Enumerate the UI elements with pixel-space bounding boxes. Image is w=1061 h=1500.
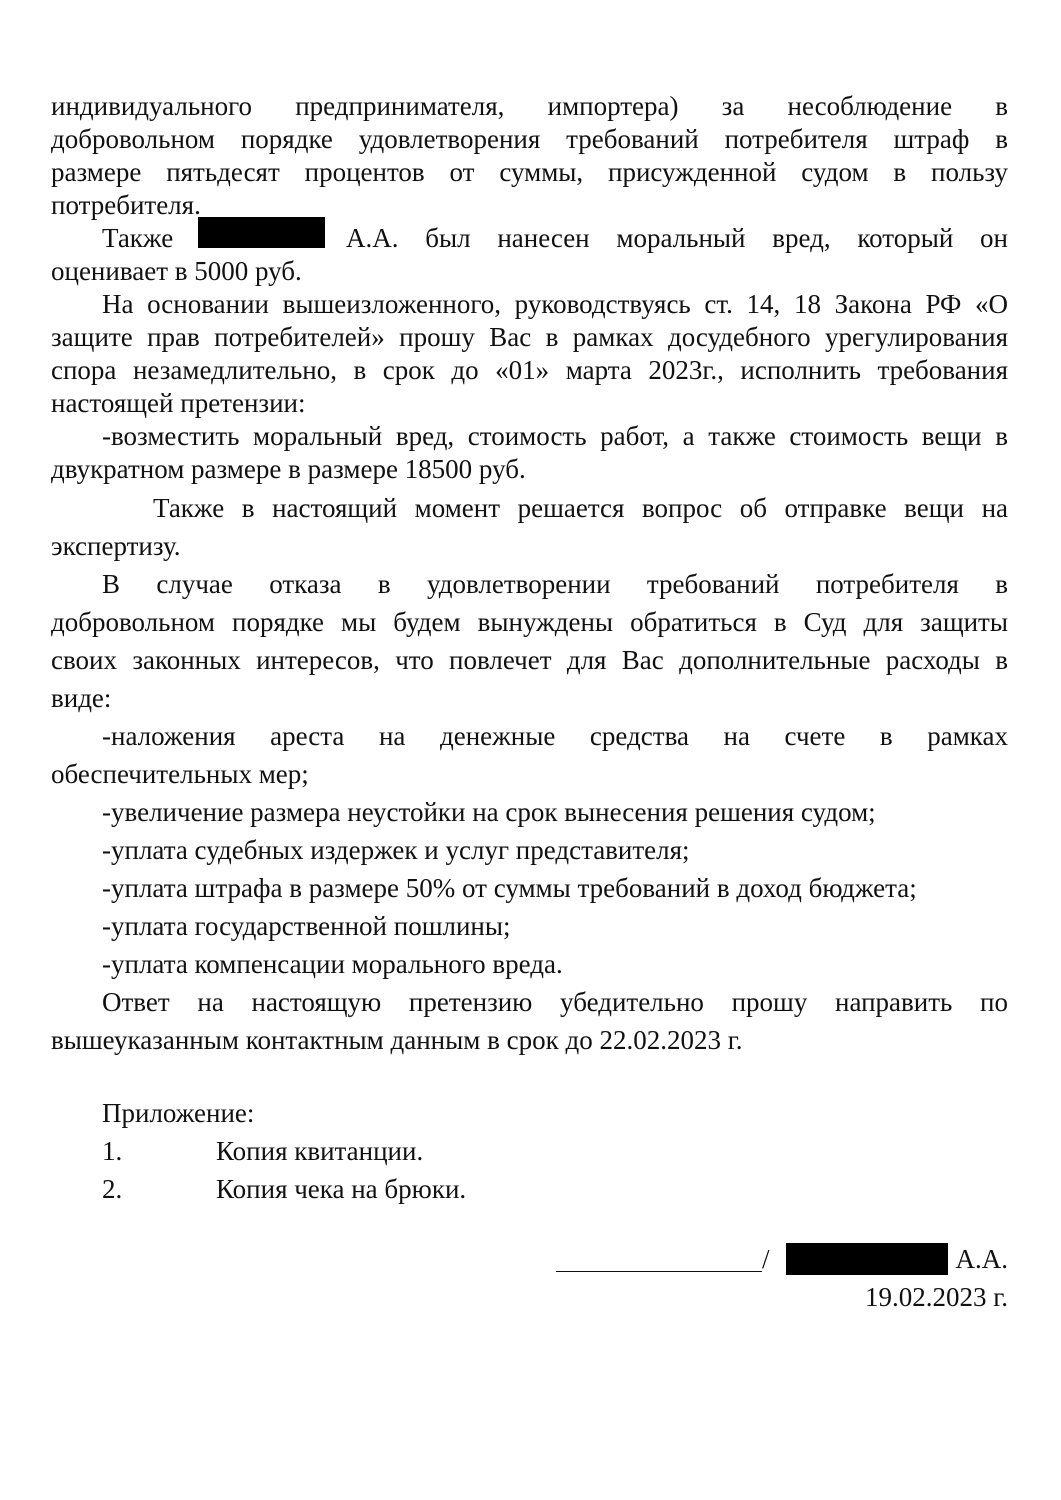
text-line: размере пятьдесят процентов от суммы, пр… (51, 156, 1008, 189)
text-line: Также в настоящий момент решается вопрос… (153, 492, 1008, 525)
text-line: спора незамедлительно, в срок до «01» ма… (51, 354, 1008, 387)
text-line: добровольном порядке мы будем вынуждены … (51, 606, 1008, 639)
appendix-item: Копия квитанции. (216, 1135, 423, 1168)
text-line: индивидуального предпринимателя, импорте… (51, 90, 1008, 123)
list-item: -уплата государственной пошлины; (102, 910, 1008, 943)
list-item: -уплата судебных издержек и услуг предст… (102, 834, 1008, 867)
list-item: -уплата компенсации морального вреда. (102, 948, 1008, 981)
list-item: -наложения ареста на денежные средства н… (102, 720, 1008, 753)
text-line: оценивает в 5000 руб. (51, 255, 1008, 288)
signature-line: / (556, 1243, 768, 1276)
text-line: своих законных интересов, что повлечет д… (51, 644, 1008, 677)
list-item: -уплата штрафа в размере 50% от суммы тр… (102, 872, 1008, 905)
text-line: защите прав потребителей» прошу Вас в ра… (51, 321, 1008, 354)
list-item: -увеличение размера неустойки на срок вы… (102, 796, 1008, 829)
text-line: А.А. был нанесен моральный вред, который… (346, 222, 1008, 255)
text-line: обеспечительных мер; (51, 758, 1008, 791)
text-line: вышеуказанным контактным данным в срок д… (51, 1024, 1008, 1057)
text-line: Ответ на настоящую претензию убедительно… (102, 986, 1008, 1019)
document-page: индивидуального предпринимателя, импорте… (0, 0, 1061, 1500)
signature-initials: А.А. (956, 1243, 1009, 1276)
appendix-item-number: 1. (102, 1135, 122, 1168)
redaction-box (198, 217, 325, 248)
text-line: экспертизу. (51, 530, 1008, 563)
text-line: добровольном порядке удовлетворения треб… (51, 123, 1008, 156)
text-line: двукратном размере в размере 18500 руб. (51, 453, 1008, 486)
signature-block: / А.А. (556, 1243, 1008, 1276)
text-line: На основании вышеизложенного, руководств… (102, 288, 1008, 321)
appendix-item-number: 2. (102, 1173, 122, 1206)
text-line: потребителя. (51, 189, 1008, 222)
document-date: 19.02.2023 г. (865, 1281, 1008, 1314)
text-line: -возместить моральный вред, стоимость ра… (102, 420, 1008, 453)
signature-slash: / (762, 1243, 770, 1276)
text-line: В случае отказа в удовлетворении требова… (102, 568, 1008, 601)
signature-underline (556, 1271, 762, 1272)
text-line: виде: (51, 682, 1008, 715)
appendix-title: Приложение: (102, 1097, 1008, 1130)
text-line: Также (102, 222, 192, 255)
appendix-item: Копия чека на брюки. (216, 1173, 466, 1206)
redaction-box (786, 1243, 948, 1275)
text-line: настоящей претензии: (51, 387, 1008, 420)
